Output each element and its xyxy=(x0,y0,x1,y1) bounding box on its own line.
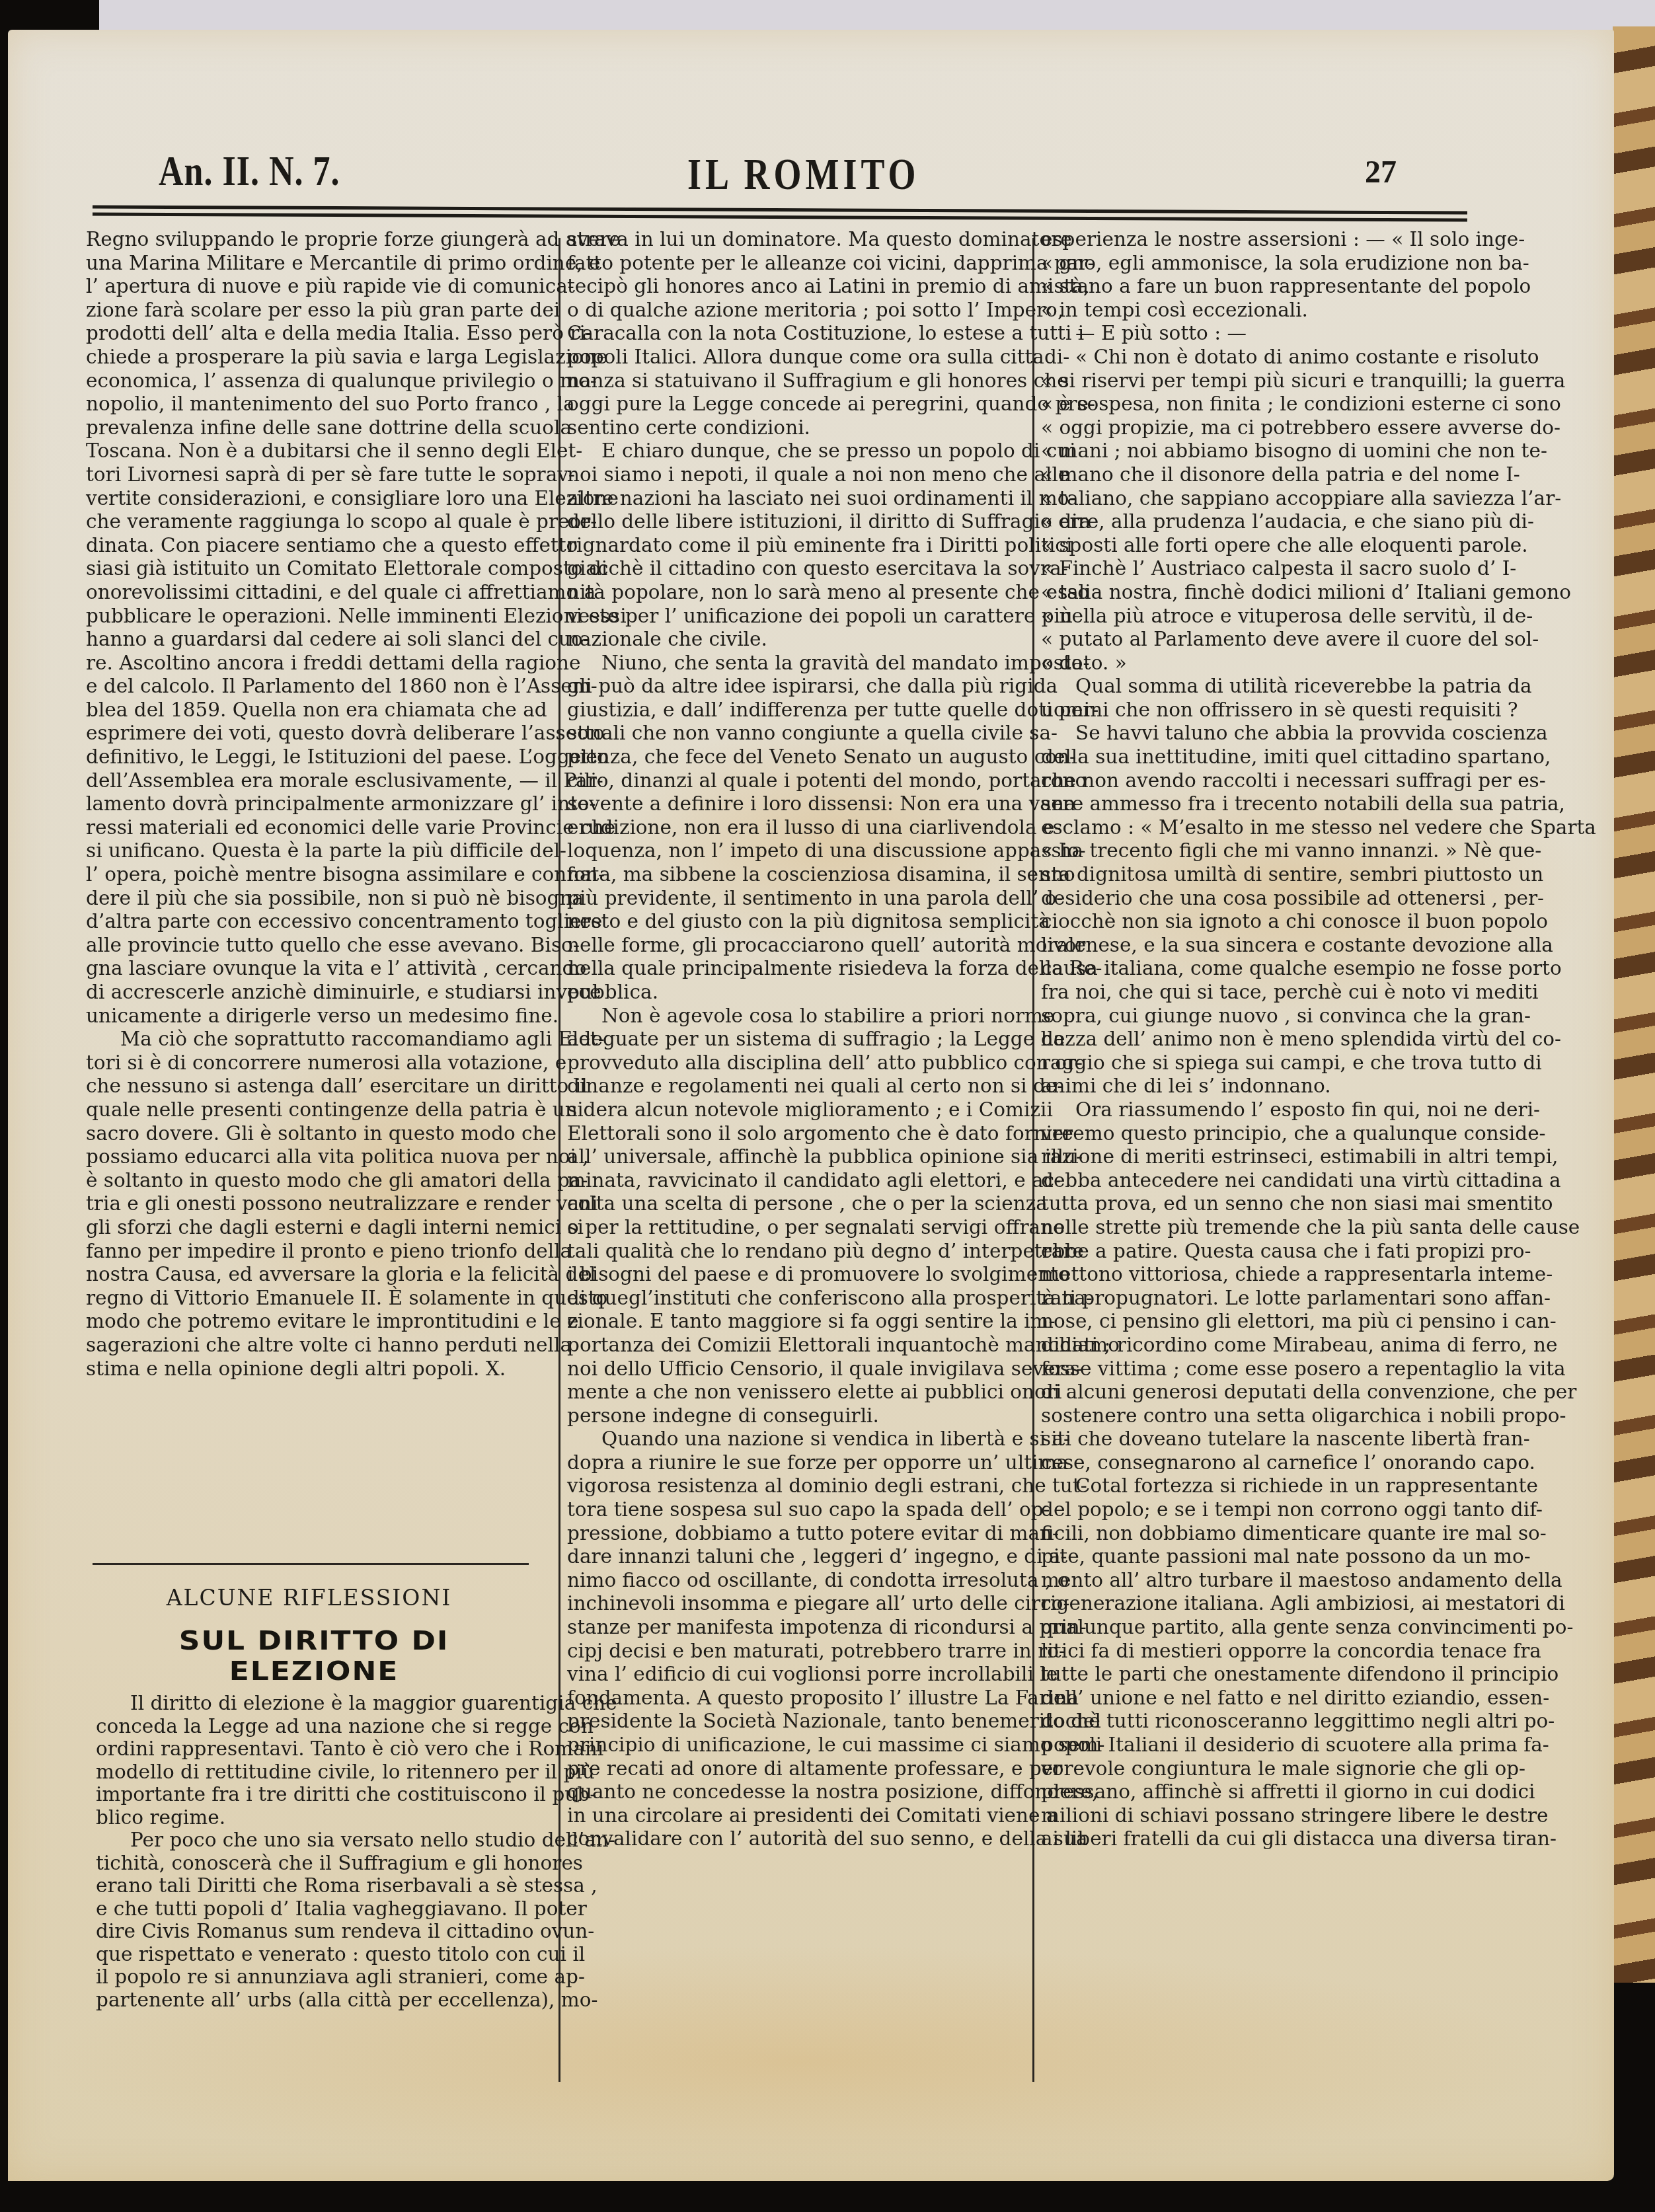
text-line: o di qualche azione meritoria ; poi sott… xyxy=(567,299,1013,323)
text-line: che veramente raggiunga lo scopo al qual… xyxy=(86,510,532,534)
text-line: alle provincie tutto quello che esse ave… xyxy=(86,934,532,958)
text-line: « sposti alle forti opere che alle eloqu… xyxy=(1041,534,1487,558)
text-line: sagerazioni che altre volte ci hanno per… xyxy=(86,1334,532,1357)
text-line: nazionale che civile. xyxy=(567,628,1013,652)
text-line: gli sforzi che dagli esterni e dagli int… xyxy=(86,1216,532,1240)
text-line: sostenere contro una setta oligarchica i… xyxy=(1041,1404,1487,1428)
text-line: oggi pure la Legge concede ai peregrini,… xyxy=(567,393,1013,416)
text-line: modello di rettitudine civile, lo ritenn… xyxy=(96,1761,532,1784)
paragraph: Quando una nazione si vendica in libertà… xyxy=(567,1428,1013,1851)
paragraph: strava in lui un dominatore. Ma questo d… xyxy=(567,228,1013,439)
text-line: nelle strette più tremende che la più sa… xyxy=(1041,1216,1487,1240)
text-line: esprimere dei voti, questo dovrà deliber… xyxy=(86,722,532,745)
text-line: pre recati ad onore di altamente profess… xyxy=(567,1757,1013,1781)
text-line: re. Ascoltino ancora i freddi dettami de… xyxy=(86,652,532,675)
text-line: il popolo re si annunziava agli stranier… xyxy=(96,1965,532,1989)
text-line: o per la rettitudine, o per segnalati se… xyxy=(567,1216,1013,1240)
text-line: dinanze e regolamenti nei quali al certo… xyxy=(567,1075,1013,1098)
text-line: quanto ne concedesse la nostra posizione… xyxy=(567,1780,1013,1804)
text-line: Ma ciò che soprattutto raccomandiamo agl… xyxy=(86,1028,532,1051)
text-line: « dato. » xyxy=(1041,652,1487,675)
issue-number: An. II. N. 7. xyxy=(159,149,340,196)
paragraph: E chiaro dunque, che se presso un popolo… xyxy=(567,439,1013,651)
text-line: hanno a guardarsi dal cedere ai soli sla… xyxy=(86,628,532,652)
text-line: nostra Causa, ed avversare la gloria e l… xyxy=(86,1263,532,1287)
text-line: ai liberi fratelli da cui gli distacca u… xyxy=(1041,1827,1487,1851)
text-line: mettono vittoriosa, chiede a rappresenta… xyxy=(1041,1263,1487,1287)
text-line: l’ opera, poichè mentre bisogna assimila… xyxy=(86,863,532,887)
text-line: altre nazioni ha lasciato nei suoi ordin… xyxy=(567,487,1013,511)
text-line: stima e nella opinione degli altri popol… xyxy=(86,1357,532,1381)
text-line: que rispettato e venerato : questo titol… xyxy=(96,1943,532,1966)
text-line: tutta prova, ed un senno che non siasi m… xyxy=(1041,1192,1487,1216)
text-line: fondamenta. A questo proposito l’ illust… xyxy=(567,1687,1013,1710)
text-line: importante fra i tre diritti che costitu… xyxy=(96,1783,532,1806)
paragraph: Cotal fortezza si richiede in un rappres… xyxy=(1041,1474,1487,1851)
text-line: economica, l’ assenza di qualunque privi… xyxy=(86,369,532,393)
text-line: regno di Vittorio Emanuele II. È solamen… xyxy=(86,1287,532,1311)
text-line: nelle forme, gli procacciarono quell’ au… xyxy=(567,934,1013,958)
text-line: rignardato come il più eminente fra i Di… xyxy=(567,534,1013,558)
text-line: debba antecedere nei candidati una virtù… xyxy=(1041,1169,1487,1193)
text-line: « Chi non è dotato di animo costante e r… xyxy=(1041,346,1487,369)
text-line: popoli Italiani il desiderio di scuotere… xyxy=(1041,1734,1487,1757)
text-line: « si riservi per tempi più sicuri e tran… xyxy=(1041,369,1487,393)
text-line: veste per l’ unificazione dei popoli un … xyxy=(567,605,1013,629)
text-line: « è sospesa, non finita ; le condizioni … xyxy=(1041,393,1487,416)
text-line: popoli Italici. Allora dunque come ora s… xyxy=(567,346,1013,369)
text-line: Caracalla con la nota Costituzione, lo e… xyxy=(567,322,1013,346)
text-line: « talia nostra, finchè dodici milioni d’… xyxy=(1041,581,1487,605)
text-line: che non avendo raccolti i necessari suff… xyxy=(1041,769,1487,793)
text-line: minata, ravvicinato il candidato agli el… xyxy=(567,1169,1013,1193)
text-line: causa italiana, come qualche esempio ne … xyxy=(1041,957,1487,981)
paragraph: — E più sotto : — xyxy=(1041,322,1487,346)
text-line: di accrescerle anzichè diminuirle, e stu… xyxy=(86,981,532,1005)
text-line: dell’Assemblea era morale esclusivamente… xyxy=(86,769,532,793)
paragraph: « Chi non è dotato di animo costante e r… xyxy=(1041,346,1487,675)
article-body: Il diritto di elezione è la maggior guar… xyxy=(96,1692,532,2011)
text-line: Il diritto di elezione è la maggior guar… xyxy=(96,1692,532,1715)
text-line: esclamo : « M’esalto in me stesso nel ve… xyxy=(1041,816,1487,840)
text-line: Per poco che uno sia versato nello studi… xyxy=(96,1829,532,1852)
newspaper-title: IL ROMITO xyxy=(687,149,920,200)
text-line: nopolio, il mantenimento del suo Porto f… xyxy=(86,393,532,416)
text-line: « Finchè l’ Austriaco calpesta il sacro … xyxy=(1041,557,1487,581)
text-line: animi che di lei s’ indonnano. xyxy=(1041,1075,1487,1098)
text-line: « in tempi così eccezionali. xyxy=(1041,299,1487,323)
text-line: sentino certe condizioni. xyxy=(567,416,1013,440)
text-line: nanza si statuivano il Suffragium e gli … xyxy=(567,369,1013,393)
text-line: lamento dovrà principalmente armonizzare… xyxy=(86,792,532,816)
text-line: sonali che non vanno congiunte a quella … xyxy=(567,722,1013,745)
text-line: gna lasciare ovunque la vita e l’ attivi… xyxy=(86,957,532,981)
text-line: sopra, cui giunge nuovo , si convinca ch… xyxy=(1041,1005,1487,1028)
text-line: blico regime. xyxy=(96,1806,532,1829)
text-line: tichità, conoscerà che il Suffragium e g… xyxy=(96,1852,532,1875)
text-line: gli può da altre idee ispirarsi, che dal… xyxy=(567,675,1013,699)
text-line: stanze per manifesta impotenza di ricond… xyxy=(567,1616,1013,1640)
page-number: 27 xyxy=(1365,154,1397,190)
text-line: di quegl’instituti che conferiscono alla… xyxy=(567,1287,1013,1311)
text-line: presidente la Società Nazionale, tanto b… xyxy=(567,1710,1013,1734)
text-line: zione farà scolare per esso la più gran … xyxy=(86,299,532,323)
text-line: possiamo educarci alla vita politica nuo… xyxy=(86,1145,532,1169)
text-line: si unificano. Questa è la parte la più d… xyxy=(86,839,532,863)
text-line: rati propugnatori. Le lotte parlamentari… xyxy=(1041,1287,1487,1311)
text-line: principio di unificazione, le cui massim… xyxy=(567,1734,1013,1757)
text-line: zionale. E tanto maggiore si fa oggi sen… xyxy=(567,1310,1013,1334)
text-line: fosse vittima ; come esse posero a repen… xyxy=(1041,1357,1487,1381)
text-line: ressi materiali ed economici delle varie… xyxy=(86,816,532,840)
text-line: loquenza, non l’ impeto di una discussio… xyxy=(567,839,1013,863)
text-line: d’altra parte con eccessivo concentramen… xyxy=(86,910,532,934)
text-line: convalidare con l’ autorità del suo senn… xyxy=(567,1827,1013,1851)
text-line: giustizia, e dall’ indifferenza per tutt… xyxy=(567,699,1013,722)
text-line: vina l’ edificio di cui voglionsi porre … xyxy=(567,1663,1013,1687)
text-line: colta una scelta di persone , che o per … xyxy=(567,1192,1013,1216)
text-line: dello delle libere istituzioni, il dirit… xyxy=(567,510,1013,534)
text-line: noi dello Ufficio Censorio, il quale inv… xyxy=(567,1357,1013,1381)
text-line: portanza dei Comizii Elettorali inquanto… xyxy=(567,1334,1013,1357)
text-line: Non è agevole cosa lo stabilire a priori… xyxy=(567,1005,1013,1028)
text-line: una Marina Militare e Mercantile di prim… xyxy=(86,252,532,276)
text-line: Ora riassumendo l’ esposto fin qui, noi … xyxy=(1041,1098,1487,1122)
masthead: An. II. N. 7. IL ROMITO 27 xyxy=(159,149,1428,195)
column-3: esperienza le nostre assersioni : — « Il… xyxy=(1041,228,1487,1851)
text-line: erudizione, non era il lusso di una ciar… xyxy=(567,816,1013,840)
text-line: pite, quante passioni mal nate possono d… xyxy=(1041,1545,1487,1569)
text-line: « mani ; noi abbiamo bisogno di uomini c… xyxy=(1041,439,1487,463)
paragraph: Qual somma di utilità riceverebbe la pat… xyxy=(1041,675,1487,722)
text-line: dinata. Con piacere sentiamo che a quest… xyxy=(86,534,532,558)
text-line: tecipò gli honores anco ai Latini in pre… xyxy=(567,275,1013,299)
text-line: pressione, dobbiamo a tutto potere evita… xyxy=(567,1522,1013,1546)
text-line: conceda la Legge ad una nazione che si r… xyxy=(96,1715,532,1738)
text-line: E chiaro dunque, che se presso un popolo… xyxy=(567,439,1013,463)
text-line: siasi già istituito un Comitato Elettora… xyxy=(86,557,532,581)
text-line: dochè tutti riconosceranno leggittimo ne… xyxy=(1041,1710,1487,1734)
text-line: nità popolare, non lo sarà meno al prese… xyxy=(567,581,1013,605)
text-line: dell’ unione e nel fatto e nel diritto e… xyxy=(1041,1687,1487,1710)
text-line: tria e gli onesti possono neutralizzare … xyxy=(86,1192,532,1216)
text-line: « mano che il disonore della patria e de… xyxy=(1041,463,1487,487)
text-line: tori si è di concorrere numerosi alla vo… xyxy=(86,1051,532,1075)
text-line: sovente a definire i loro dissensi: Non … xyxy=(567,792,1013,816)
book-binding-edge xyxy=(1613,26,1655,1983)
paragraph: Niuno, che senta la gravità del mandato … xyxy=(567,652,1013,1005)
column-1: Regno sviluppando le proprie forze giung… xyxy=(86,228,532,1381)
text-line: blea del 1859. Quella non era chiamata c… xyxy=(86,699,532,722)
article-headline: SUL DIRITTO DI ELEZIONE xyxy=(96,1626,532,1687)
text-line: in una circolare ai presidenti dei Comit… xyxy=(567,1804,1013,1828)
text-line: « nella più atroce e vituperosa delle se… xyxy=(1041,605,1487,629)
text-line: definitivo, le Leggi, le Istituzioni del… xyxy=(86,745,532,769)
text-line: Elettorali sono il solo argomento che è … xyxy=(567,1122,1013,1146)
text-line: nesto e del giusto con la più dignitosa … xyxy=(567,910,1013,934)
text-line: noi siamo i nepoti, il quale a noi non m… xyxy=(567,463,1013,487)
text-line: di alcuni generosi deputati della conven… xyxy=(1041,1381,1487,1404)
text-line: provveduto alla disciplina dell’ atto pu… xyxy=(567,1051,1013,1075)
text-line: del popolo; e se i tempi non corrono ogg… xyxy=(1041,1498,1487,1522)
text-line: cese, consegnarono al carnefice l’ onora… xyxy=(1041,1451,1487,1475)
text-line: fanno per impedire il pronto e pieno tri… xyxy=(86,1240,532,1264)
text-line: pubblica. xyxy=(567,981,1013,1005)
text-line: unicamente a dirigerle verso un medesimo… xyxy=(86,1005,532,1028)
text-line: modo che potremo evitare le improntitudi… xyxy=(86,1310,532,1334)
text-line: Cotal fortezza si richiede in un rappres… xyxy=(1041,1474,1487,1498)
text-line: Niuno, che senta la gravità del mandato … xyxy=(567,652,1013,675)
text-line: partenente all’ urbs (alla città per ecc… xyxy=(96,1989,532,2012)
text-line: che nessuno si astenga dall’ esercitare … xyxy=(86,1075,532,1098)
text-line: « putato al Parlamento deve avere il cuo… xyxy=(1041,628,1487,652)
text-line: « dire, alla prudenza l’audacia, e che s… xyxy=(1041,510,1487,534)
text-line: ciocchè non sia ignoto a chi conosce il … xyxy=(1041,910,1487,934)
text-line: inchinevoli insomma e piegare all’ urto … xyxy=(567,1592,1013,1616)
text-line: mento all’ altro turbare il maestoso and… xyxy=(1041,1569,1487,1593)
text-line: tori Livornesi saprà di per sè fare tutt… xyxy=(86,463,532,487)
text-line: è soltanto in questo modo che gli amator… xyxy=(86,1169,532,1193)
text-line: e che tutti popoli d’ Italia vagheggiava… xyxy=(96,1897,532,1921)
text-line: nimo fiacco od oscillante, di condotta i… xyxy=(567,1569,1013,1593)
text-line: didati ; ricordino come Mirabeau, anima … xyxy=(1041,1334,1487,1357)
text-line: ficili, non dobbiamo dimenticare quante … xyxy=(1041,1522,1487,1546)
text-line: qualunque partito, alla gente senza conv… xyxy=(1041,1616,1487,1640)
text-line: vorevole congiuntura le male signorie ch… xyxy=(1041,1757,1487,1781)
text-line: « stano a fare un buon rappresentante de… xyxy=(1041,275,1487,299)
text-line: tora tiene sospesa sul suo capo la spada… xyxy=(567,1498,1013,1522)
text-line: erano tali Diritti che Roma riserbavali … xyxy=(96,1874,532,1897)
text-line: vertite considerazioni, e consigliare lo… xyxy=(86,487,532,511)
text-line: chiede a prosperare la più savia e larga… xyxy=(86,346,532,369)
text-line: l’ apertura di nuove e più rapide vie di… xyxy=(86,275,532,299)
text-line: veremo questo principio, che a qualunque… xyxy=(1041,1122,1487,1146)
paragraph: Il diritto di elezione è la maggior guar… xyxy=(96,1692,532,1829)
text-line: « oggi propizie, ma ci potrebbero essere… xyxy=(1041,416,1487,440)
text-line: tutte le parti che onestamente difendono… xyxy=(1041,1663,1487,1687)
text-line: più previdente, il sentimento in una par… xyxy=(567,887,1013,911)
text-line: onorevolissimi cittadini, e del quale ci… xyxy=(86,581,532,605)
text-line: cipj decisi e ben maturati, potrebbero t… xyxy=(567,1640,1013,1663)
text-line: sidera alcun notevole miglioramento ; e … xyxy=(567,1098,1013,1122)
text-line: Quando una nazione si vendica in libertà… xyxy=(567,1428,1013,1451)
text-line: dere il più che sia possibile, non si pu… xyxy=(86,887,532,911)
text-line: rigenerazione italiana. Agli ambiziosi, … xyxy=(1041,1592,1487,1616)
text-line: milioni di schiavi possano stringere lib… xyxy=(1041,1804,1487,1828)
text-line: prodotti dell’ alta e della media Italia… xyxy=(86,322,532,346)
article-separator xyxy=(93,1563,529,1565)
text-line: persone indegne di conseguirli. xyxy=(567,1404,1013,1428)
text-line: all’ universale, affinchè la pubblica op… xyxy=(567,1145,1013,1169)
text-line: nella quale principalmente risiedeva la … xyxy=(567,957,1013,981)
text-line: quale nelle presenti contingenze della p… xyxy=(86,1098,532,1122)
text-line: mente a che non venissero elette ai pubb… xyxy=(567,1381,1013,1404)
paragraph: Ma ciò che soprattutto raccomandiamo agl… xyxy=(86,1028,532,1381)
text-line: ebbe a patire. Questa causa che i fati p… xyxy=(1041,1240,1487,1264)
text-line: nose, ci pensino gli elettori, ma più ci… xyxy=(1041,1310,1487,1334)
text-line: litici fa di mestieri opporre la concord… xyxy=(1041,1640,1487,1663)
text-line: sacro dovere. Gli è soltanto in questo m… xyxy=(86,1122,532,1146)
text-line: ordini rappresentavi. Tanto è ciò vero c… xyxy=(96,1737,532,1761)
text-line: pienza, che fece del Veneto Senato un au… xyxy=(567,745,1013,769)
text-line: dire Civis Romanus sum rendeva il cittad… xyxy=(96,1920,532,1943)
text-line: pubblicare le operazioni. Nelle imminent… xyxy=(86,605,532,629)
text-line: « gno, egli ammonisce, la sola erudizion… xyxy=(1041,252,1487,276)
text-line: dezza dell’ animo non è meno splendida v… xyxy=(1041,1028,1487,1051)
text-line: adeguate per un sistema di suffragio ; l… xyxy=(567,1028,1013,1051)
text-line: desiderio che una cosa possibile ad otte… xyxy=(1041,887,1487,911)
text-line: « ha trecento figli che mi vanno innanzi… xyxy=(1041,839,1487,863)
article-kicker: ALCUNE RIFLESSIONI xyxy=(86,1585,532,1611)
text-line: dopra a riunire le sue forze per opporre… xyxy=(567,1451,1013,1475)
text-line: Se havvi taluno che abbia la provvida co… xyxy=(1041,722,1487,745)
text-line: tali qualità che lo rendano più degno d’… xyxy=(567,1240,1013,1264)
text-line: razione di meriti estrinseci, estimabili… xyxy=(1041,1145,1487,1169)
text-line: Toscana. Non è a dubitarsi che il senno … xyxy=(86,439,532,463)
text-line: « taliano, che sappiano accoppiare alla … xyxy=(1041,487,1487,511)
text-line: dare innanzi taluni che , leggeri d’ ing… xyxy=(567,1545,1013,1569)
paragraph: esperienza le nostre assersioni : — « Il… xyxy=(1041,228,1487,322)
text-line: — E più sotto : — xyxy=(1041,322,1487,346)
text-line: vigorosa resistenza al dominio degli est… xyxy=(567,1474,1013,1498)
text-line: cilio, dinanzi al quale i potenti del mo… xyxy=(567,769,1013,793)
text-line: livornese, e la sua sincera e costante d… xyxy=(1041,934,1487,958)
text-line: siti che doveano tutelare la nascente li… xyxy=(1041,1428,1487,1451)
text-line: sta dignitosa umiltà di sentire, sembri … xyxy=(1041,863,1487,887)
paragraph: Ora riassumendo l’ esposto fin qui, noi … xyxy=(1041,1098,1487,1475)
text-line: sere ammesso fra i trecento notabili del… xyxy=(1041,792,1487,816)
text-line: uomini che non offrissero in sè questi r… xyxy=(1041,699,1487,722)
text-line: della sua inettitudine, imiti quel citta… xyxy=(1041,745,1487,769)
text-line: pressano, affinchè si affretti il giorno… xyxy=(1041,1780,1487,1804)
text-line: fatto potente per le alleanze coi vicini… xyxy=(567,252,1013,276)
column-2: strava in lui un dominatore. Ma questo d… xyxy=(567,228,1013,1851)
text-line: strava in lui un dominatore. Ma questo d… xyxy=(567,228,1013,252)
text-line: Qual somma di utilità riceverebbe la pat… xyxy=(1041,675,1487,699)
paragraph: Non è agevole cosa lo stabilire a priori… xyxy=(567,1005,1013,1428)
paragraph: Regno sviluppando le proprie forze giung… xyxy=(86,228,532,1028)
text-line: i bisogni del paese e di promuovere lo s… xyxy=(567,1263,1013,1287)
text-line: Regno sviluppando le proprie forze giung… xyxy=(86,228,532,252)
text-line: raggio che si spiega sui campi, e che tr… xyxy=(1041,1051,1487,1075)
paragraph: Per poco che uno sia versato nello studi… xyxy=(96,1829,532,2011)
text-line: fra noi, che qui si tace, perchè cui è n… xyxy=(1041,981,1487,1005)
text-line: nata, ma sibbene la coscienziosa disamin… xyxy=(567,863,1013,887)
text-line: giacchè il cittadino con questo esercita… xyxy=(567,557,1013,581)
text-line: e del calcolo. Il Parlamento del 1860 no… xyxy=(86,675,532,699)
text-line: prevalenza infine delle sane dottrine de… xyxy=(86,416,532,440)
text-line: esperienza le nostre assersioni : — « Il… xyxy=(1041,228,1487,252)
paragraph: Se havvi taluno che abbia la provvida co… xyxy=(1041,722,1487,1098)
